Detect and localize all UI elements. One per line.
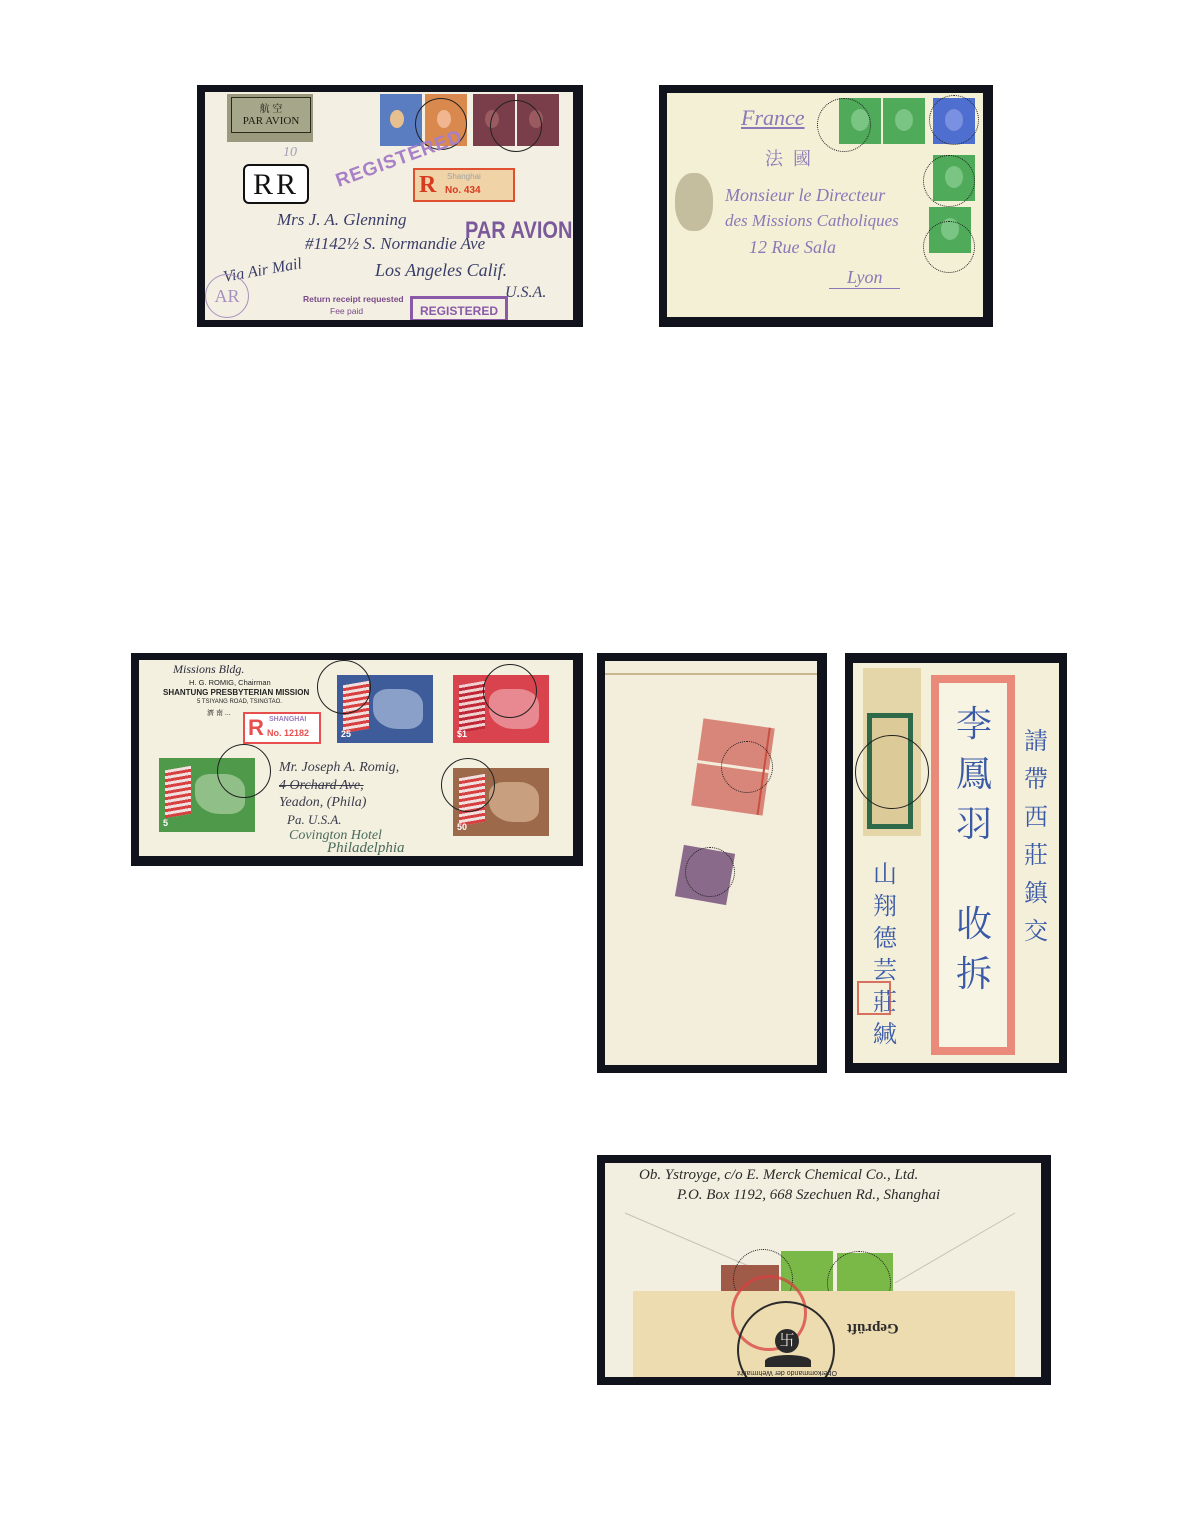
cover-1-registered-airmail: 航 空 PAR AVION 10 RR REGISTERED R Shangha…	[197, 85, 583, 327]
envelope-back	[605, 661, 817, 1065]
address-line-6: Philadelphia	[327, 840, 405, 856]
ar-handstamp: AR	[205, 274, 249, 318]
fold-line	[605, 673, 817, 675]
censor-label-gepruft: Geprüft	[847, 1319, 899, 1336]
address-line-1: Mrs J. A. Glenning	[277, 210, 407, 230]
stain	[675, 173, 713, 231]
address-line-2: #1142½ S. Normandie Ave	[305, 234, 485, 254]
country-chinese: 法國	[765, 145, 821, 171]
postmark	[317, 660, 371, 714]
postmark	[923, 155, 975, 207]
postmark	[721, 741, 773, 793]
envelope-front: Missions Bldg. H. G. ROMIG, Chairman SHA…	[139, 660, 573, 856]
cover-2-to-france: France 法國 Monsieur le Directeur des Miss…	[659, 85, 993, 327]
envelope-front: France 法國 Monsieur le Directeur des Miss…	[667, 93, 983, 317]
envelope-back: Ob. Ystroyge, c/o E. Merck Chemical Co.,…	[605, 1163, 1041, 1377]
return-address-line-3: 5 TSIYANG ROAD, TSINGTAO.	[197, 699, 282, 705]
addressee-column: 李 鳳 羽 收 拆	[949, 699, 999, 999]
registration-label: R SHANGHAI No. 12182	[243, 712, 321, 744]
sender-line-1: Ob. Ystroyge, c/o E. Merck Chemical Co.,…	[639, 1167, 918, 1184]
address-line-1: Monsieur le Directeur	[725, 185, 885, 206]
address-line-3: Los Angeles Calif.	[375, 260, 507, 281]
corner-note: Missions Bldg.	[173, 662, 244, 677]
address-line-2: des Missions Catholiques	[725, 211, 899, 231]
return-address-line-2: SHANTUNG PRESBYTERIAN MISSION	[163, 688, 309, 697]
postmark	[817, 98, 871, 152]
postmark	[929, 95, 979, 145]
envelope-front: 李 鳳 羽 收 拆 請 帶 西 莊 鎮 交 山 翔 德 芸 莊 緘	[853, 663, 1059, 1063]
registration-label: R Shanghai No. 434	[413, 168, 515, 202]
address-line-4: Lyon	[829, 267, 900, 289]
postmark	[483, 664, 537, 718]
sender-line-2: P.O. Box 1192, 668 Szechuen Rd., Shangha…	[677, 1187, 940, 1204]
address-line-4: Pa. U.S.A.	[287, 812, 342, 828]
airmail-text: PAR AVION	[232, 115, 310, 127]
return-receipt-line-1: Return receipt requested	[303, 294, 404, 304]
return-address-line-1: H. G. ROMIG, Chairman	[189, 678, 271, 687]
address-line-3: 12 Rue Sala	[749, 237, 836, 258]
country-name: France	[741, 105, 805, 131]
sender-column: 山 翔 德 芸 莊 緘	[865, 859, 905, 1051]
return-address-chinese: 濟 南 ...	[207, 708, 231, 718]
envelope-front: 航 空 PAR AVION 10 RR REGISTERED R Shangha…	[205, 92, 573, 320]
address-line-4: U.S.A.	[505, 284, 546, 302]
pencil-note: 10	[283, 145, 297, 161]
cover-5-chinese-red-band: 李 鳳 羽 收 拆 請 帶 西 莊 鎮 交 山 翔 德 芸 莊 緘	[845, 653, 1067, 1073]
red-seal	[857, 981, 891, 1015]
address-line-2: 4 Orchard Ave,	[279, 778, 364, 794]
postmark	[685, 847, 735, 897]
cover-3-flag-map-stamps: Missions Bldg. H. G. ROMIG, Chairman SHA…	[131, 653, 583, 866]
par-avion-handstamp: PAR AVION	[465, 218, 572, 246]
address-line-1: Mr. Joseph A. Romig,	[279, 760, 399, 776]
postmark	[441, 758, 495, 812]
cover-6-censored-back: Ob. Ystroyge, c/o E. Merck Chemical Co.,…	[597, 1155, 1051, 1385]
rr-label: RR	[243, 164, 309, 204]
postmark	[490, 100, 542, 152]
airmail-chinese: 航 空	[232, 100, 310, 115]
registered-box-handstamp: REGISTERED	[410, 296, 508, 320]
airmail-label: 航 空 PAR AVION	[227, 94, 313, 142]
cover-4-back-with-stamps	[597, 653, 827, 1073]
postmark	[855, 735, 929, 809]
address-line-3: Yeadon, (Phila)	[279, 795, 366, 811]
return-receipt-line-2: Fee paid	[330, 306, 363, 316]
destination-column: 請 帶 西 莊 鎮 交	[1019, 723, 1053, 951]
postmark	[217, 744, 271, 798]
postmark	[923, 221, 975, 273]
